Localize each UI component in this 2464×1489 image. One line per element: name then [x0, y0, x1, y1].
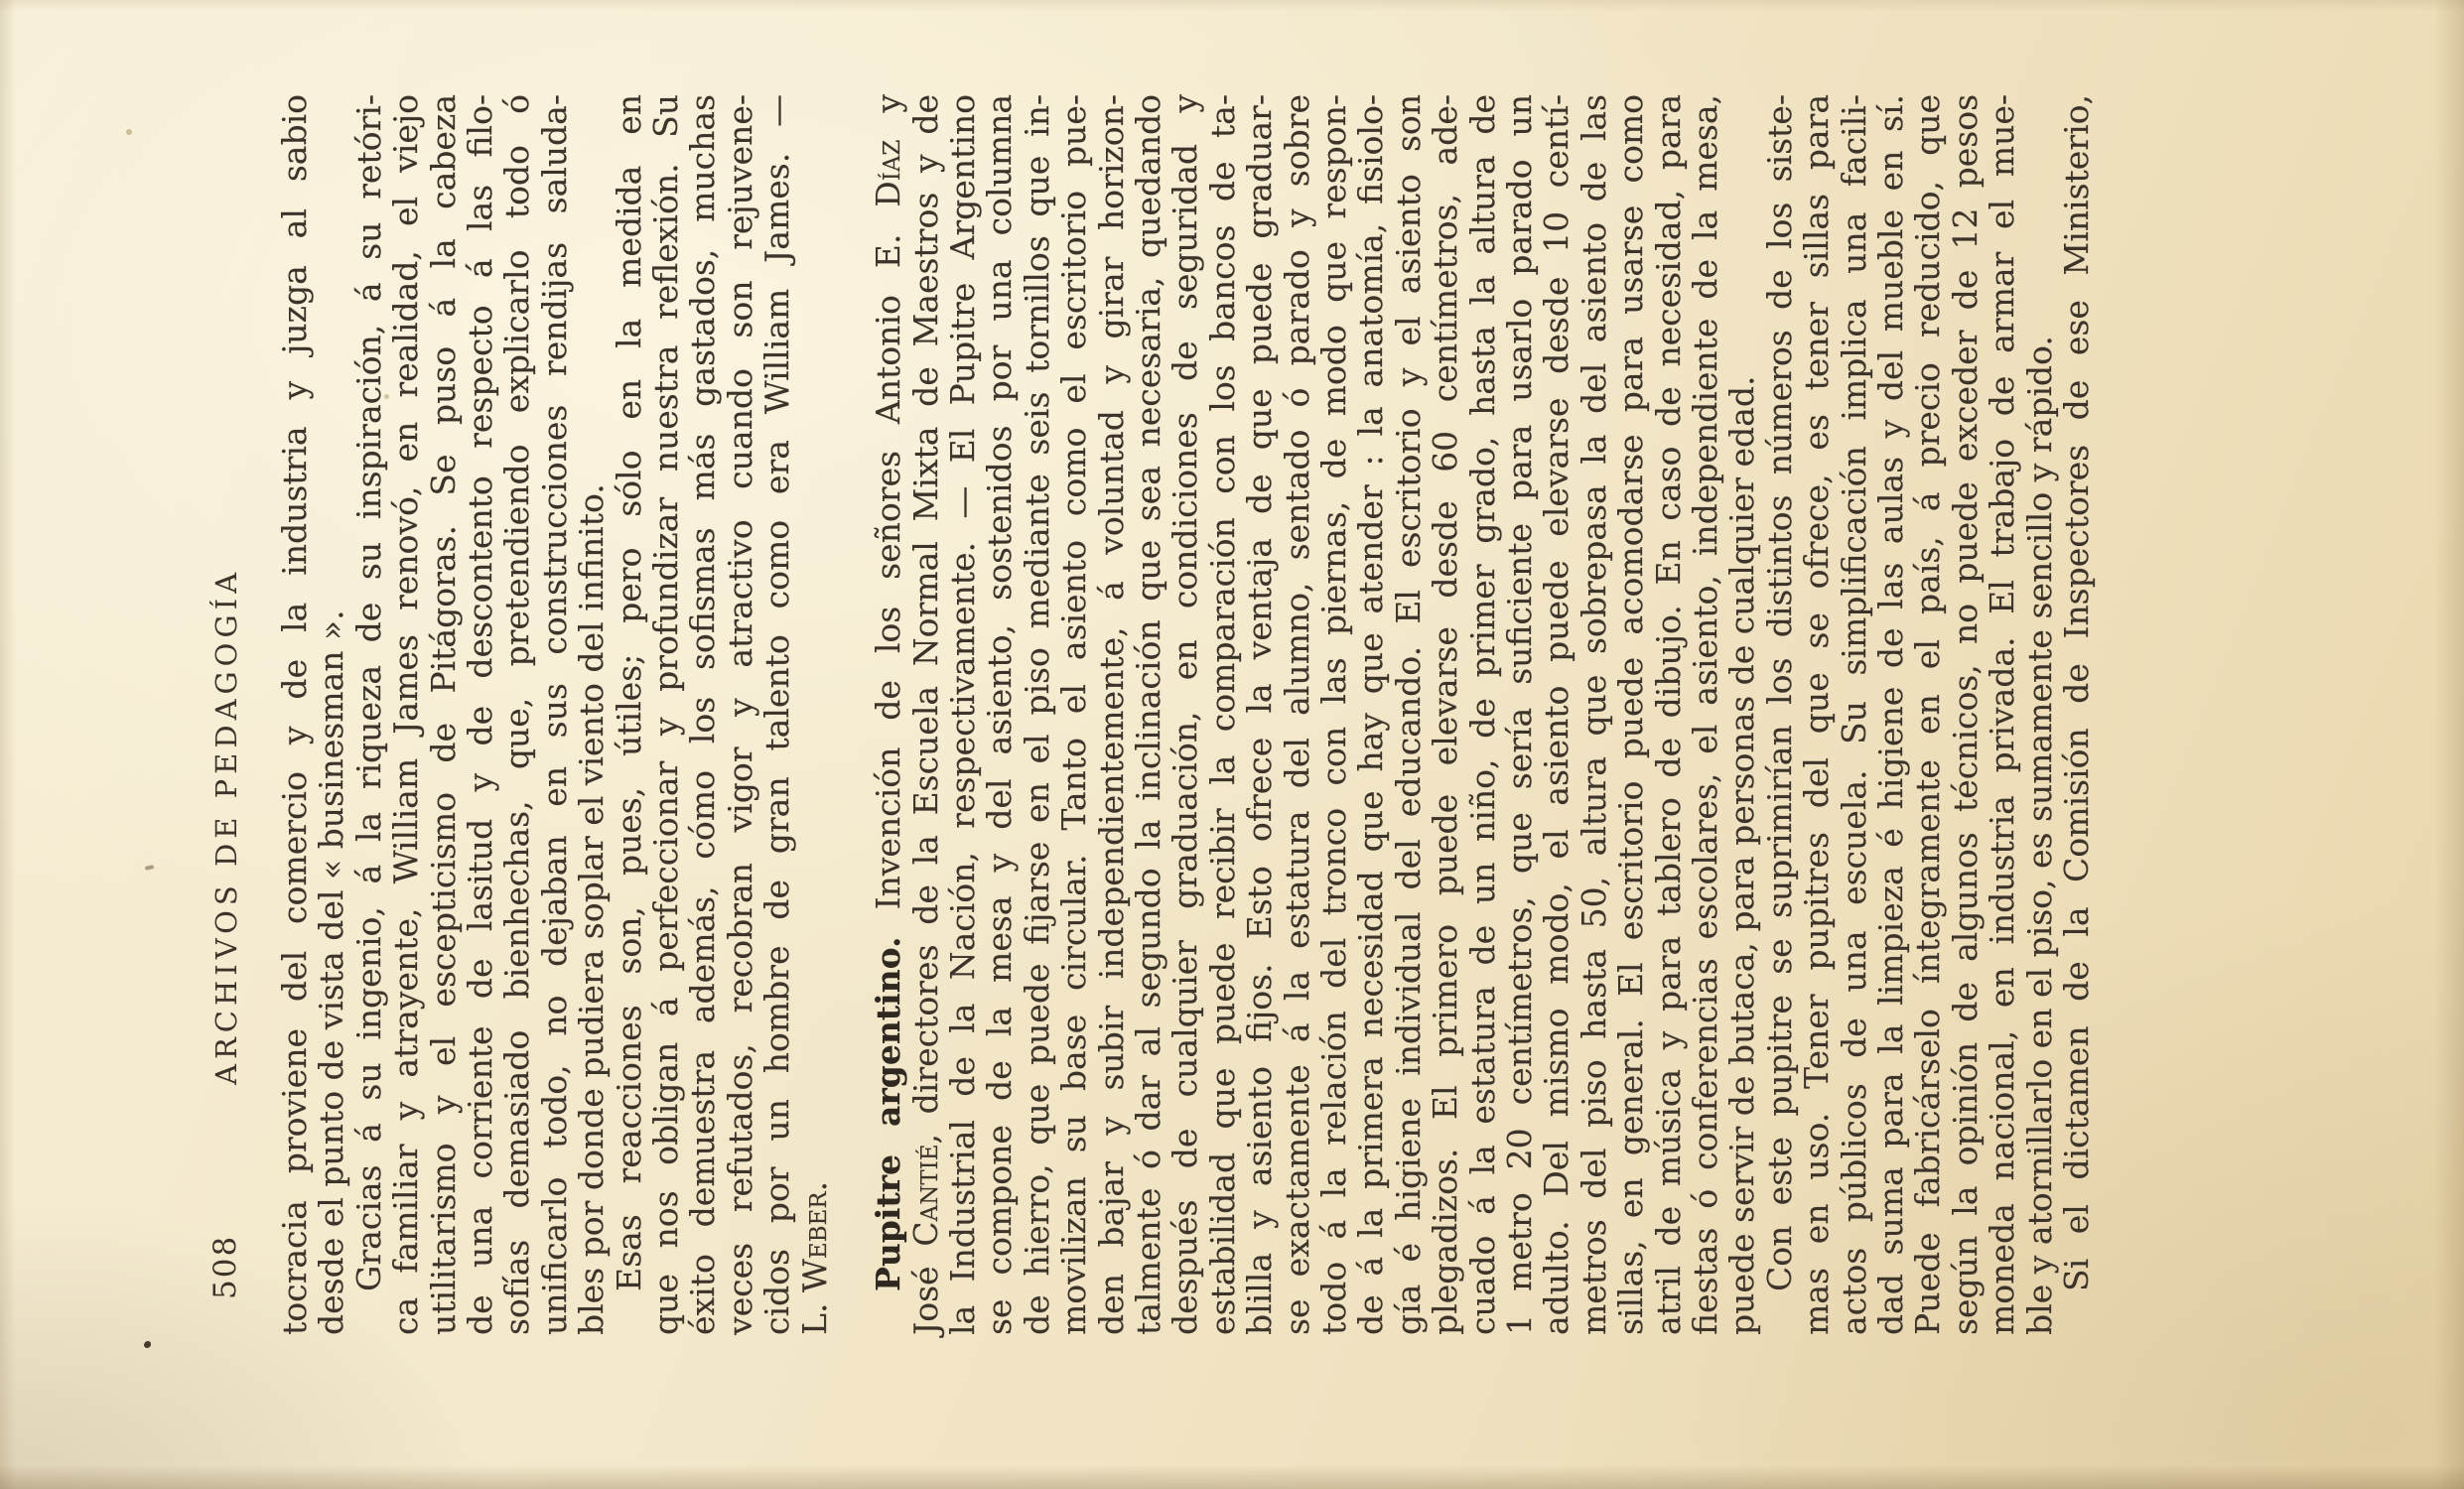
text-line: fiestas ó conferencias escolares, el asi… — [1687, 94, 1723, 1335]
text-line: L. Weber. — [796, 94, 833, 1335]
text-line: Puede fabricárselo íntegramente en el pa… — [1909, 94, 1946, 1335]
text-segment: Weber — [795, 1191, 834, 1292]
text-line: Con este pupitre se suprimirían los dist… — [1761, 94, 1798, 1335]
text-line: moneda nacional, en industria privada. E… — [1984, 94, 2020, 1335]
running-title: ARCHIVOS DE PEDAGOGÍA — [209, 568, 243, 1085]
text-line: se exactamente á la estatura del alumno,… — [1279, 94, 1315, 1335]
text-segment: puede servir de butaca, para personas de… — [1722, 376, 1761, 1335]
text-line: movilizan su base circular. Tanto el asi… — [1055, 94, 1092, 1335]
text-segment: moneda nacional, en industria privada. E… — [1983, 94, 2021, 1335]
text-segment: mas en uso. Tener pupitres del que se of… — [1797, 94, 1836, 1335]
text-segment: ca familiar y atrayente, William James r… — [386, 94, 425, 1335]
text-segment: adulto. Del mismo modo, el asiento puede… — [1537, 94, 1575, 1335]
text-line: ble y atornillarlo en el piso, es sumame… — [2021, 94, 2058, 1335]
text-line: ca familiar y atrayente, William James r… — [387, 94, 424, 1335]
text-segment: blilla y asiento fijos. Esto ofrece la v… — [1240, 94, 1279, 1335]
text-segment: Gracias á su ingenio, á la riqueza de su… — [349, 94, 388, 1291]
text-segment: atril de música y para tablero de dibujo… — [1649, 94, 1688, 1335]
text-segment: que nos obligan á perfeccionar y profund… — [646, 94, 685, 1335]
text-segment: y — [869, 94, 907, 140]
text-line: puede servir de butaca, para personas de… — [1723, 94, 1760, 1335]
text-line: adulto. Del mismo modo, el asiento puede… — [1538, 94, 1574, 1335]
text-line: que nos obligan á perfeccionar y profund… — [647, 94, 684, 1335]
text-segment: talmente ó dar al segundo la inclinación… — [1129, 94, 1167, 1335]
text-segment: bles por donde pudiera soplar el viento … — [572, 483, 611, 1335]
text-segment: se exactamente á la estatura del alumno,… — [1278, 94, 1316, 1335]
text-segment: Con este pupitre se suprimirían los dist… — [1760, 94, 1799, 1291]
text-segment: éxito demuestra además, cómo los sofisma… — [683, 94, 722, 1335]
text-line: según la opinión de algunos técnicos, no… — [1947, 94, 1984, 1335]
text-segment: desde el punto de vista del « businesman… — [312, 609, 350, 1335]
text-segment: José — [906, 1247, 945, 1335]
text-line: actos públicos de una escuela. Su simpli… — [1836, 94, 1872, 1335]
text-segment: de á la primera necesidad que hay que at… — [1351, 94, 1390, 1335]
text-line: Si el dictamen de la Comisión de Inspect… — [2058, 94, 2095, 1335]
text-line: talmente ó dar al segundo la inclinación… — [1130, 94, 1166, 1335]
scanned-book-page: 508 ARCHIVOS DE PEDAGOGÍA tocracia provi… — [0, 0, 2464, 1489]
text-segment: después de cualquier graduación, en cond… — [1165, 94, 1204, 1335]
page-number: 508 — [207, 1235, 243, 1299]
text-line: la Industrial de la Nación, respectivame… — [944, 94, 981, 1335]
text-line: 1 metro 20 centímetros, que sería sufici… — [1501, 94, 1538, 1335]
text-line: den bajar y subir independientemente, á … — [1093, 94, 1130, 1335]
text-line: todo á la relación del tronco con las pi… — [1315, 94, 1352, 1335]
text-line: de á la primera necesidad que hay que at… — [1352, 94, 1389, 1335]
text-line: cuado á la estatura de un niño, de prime… — [1464, 94, 1501, 1335]
text-line: estabilidad que puede recibir la compara… — [1204, 94, 1241, 1335]
text-line: unificarlo todo, no dejaban en sus const… — [536, 94, 573, 1335]
text-segment: L. — [795, 1292, 834, 1335]
text-segment: de una corriente de lasitud y de descont… — [461, 94, 499, 1335]
text-segment: según la opinión de algunos técnicos, no… — [1946, 94, 1985, 1335]
text-segment: , directores de la Escuela Normal Mixta … — [906, 94, 945, 1145]
text-line: plegadizos. El primero puede elevarse de… — [1427, 94, 1463, 1335]
text-line: de hierro, que puede fijarse en el piso … — [1019, 94, 1055, 1335]
text-line: bles por donde pudiera soplar el viento … — [573, 94, 610, 1335]
text-segment: cuado á la estatura de un niño, de prime… — [1463, 94, 1502, 1335]
text-line: metros del piso hasta 50, altura que sob… — [1575, 94, 1612, 1335]
text-line: de una corriente de lasitud y de descont… — [462, 94, 498, 1335]
text-segment: sillas, en general. El escritorio puede … — [1611, 94, 1650, 1335]
text-segment: metros del piso hasta 50, altura que sob… — [1574, 94, 1613, 1335]
text-segment: actos públicos de una escuela. Su simpli… — [1835, 94, 1873, 1335]
text-line: veces refutados, recobran vigor y atract… — [722, 94, 758, 1335]
page-header: 508 ARCHIVOS DE PEDAGOGÍA — [205, 94, 248, 1335]
text-segment: tocracia proviene del comercio y de la i… — [275, 94, 314, 1335]
text-segment: unificarlo todo, no dejaban en sus const… — [535, 94, 574, 1335]
text-line: Gracias á su ingenio, á la riqueza de su… — [350, 94, 387, 1335]
text-segment: 1 metro 20 centímetros, que sería sufici… — [1500, 94, 1539, 1335]
text-line: blilla y asiento fijos. Esto ofrece la v… — [1241, 94, 1278, 1335]
text-segment: Puede fabricárselo íntegramente en el pa… — [1908, 94, 1947, 1335]
text-line: cidos por un hombre de gran talento como… — [758, 94, 795, 1335]
text-segment: dad suma para la limpieza é higiene de l… — [1871, 94, 1910, 1335]
text-segment: veces refutados, recobran vigor y atract… — [721, 94, 759, 1335]
text-segment: plegadizos. El primero puede elevarse de… — [1426, 94, 1464, 1335]
text-segment: ble y atornillarlo en el piso, es sumame… — [2020, 336, 2059, 1335]
text-segment: fiestas ó conferencias escolares, el asi… — [1686, 94, 1724, 1335]
text-segment: la Industrial de la Nación, respectivame… — [943, 94, 982, 1335]
text-line: se compone de la mesa y del asiento, sos… — [981, 94, 1018, 1335]
text-line: éxito demuestra además, cómo los sofisma… — [684, 94, 721, 1335]
text-line: José Cantié, directores de la Escuela No… — [907, 94, 944, 1335]
text-segment: Díaz — [869, 140, 907, 207]
text-segment: Invención de los señores Antonio E. — [869, 207, 907, 937]
text-line: sillas, en general. El escritorio puede … — [1612, 94, 1649, 1335]
text-line: Pupitre argentino. Invención de los seño… — [870, 94, 906, 1335]
text-segment: estabilidad que puede recibir la compara… — [1203, 94, 1242, 1335]
text-line: tocracia proviene del comercio y de la i… — [276, 94, 313, 1335]
text-line: Esas reacciones son, pues, útiles; pero … — [611, 94, 647, 1335]
text-segment: Si el dictamen de la Comisión de Inspect… — [2057, 94, 2096, 1291]
text-segment: todo á la relación del tronco con las pi… — [1314, 94, 1353, 1335]
text-segment: den bajar y subir independientemente, á … — [1092, 94, 1131, 1335]
text-segment: cidos por un hombre de gran talento como… — [757, 94, 796, 1335]
text-segment: movilizan su base circular. Tanto el asi… — [1054, 94, 1093, 1335]
text-segment: Pupitre argentino. — [869, 936, 907, 1291]
text-line: mas en uso. Tener pupitres del que se of… — [1798, 94, 1835, 1335]
text-segment: de hierro, que puede fijarse en el piso … — [1018, 94, 1056, 1335]
text-segment: Esas reacciones son, pues, útiles; pero … — [610, 94, 648, 1291]
text-line: gía é higiene individual del educando. E… — [1390, 94, 1427, 1335]
text-line: desde el punto de vista del « businesman… — [313, 94, 349, 1335]
text-segment: gía é higiene individual del educando. E… — [1389, 94, 1428, 1335]
text-segment: utilitarismo y el escepticismo de Pitágo… — [424, 94, 463, 1335]
text-line: dad suma para la limpieza é higiene de l… — [1872, 94, 1909, 1335]
text-line: atril de música y para tablero de dibujo… — [1650, 94, 1687, 1335]
body-text: tocracia proviene del comercio y de la i… — [276, 94, 2096, 1335]
text-line: sofías demasiado bienhechas, que, preten… — [498, 94, 535, 1335]
text-segment: se compone de la mesa y del asiento, sos… — [980, 94, 1019, 1335]
text-segment: sofías demasiado bienhechas, que, preten… — [497, 94, 536, 1335]
text-line: después de cualquier graduación, en cond… — [1166, 94, 1203, 1335]
text-line: utilitarismo y el escepticismo de Pitágo… — [425, 94, 462, 1335]
page-sheet: 508 ARCHIVOS DE PEDAGOGÍA tocracia provi… — [0, 0, 2464, 1489]
text-segment: . — [795, 1181, 834, 1192]
text-segment: Cantié — [906, 1145, 945, 1247]
